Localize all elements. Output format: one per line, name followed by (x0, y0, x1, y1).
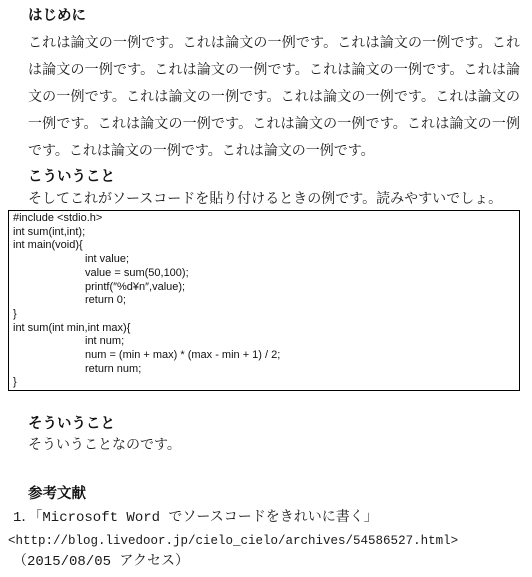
reference-access-date: （2015/08/05 アクセス） (13, 552, 189, 572)
section-heading-souiukoto: そういうこと (28, 414, 115, 434)
section-heading-kouiukoto: こういうこと (28, 167, 115, 187)
section-heading-references: 参考文献 (28, 484, 86, 504)
reference-item: 1．「Microsoft Word でソースコードをきれいに書く」 (13, 508, 378, 528)
code-text: #include <stdio.h> int sum(int,int); int… (9, 211, 519, 391)
code-block: #include <stdio.h> int sum(int,int); int… (8, 210, 520, 391)
section-heading-intro: はじめに (28, 6, 86, 26)
intro-paragraph: これは論文の一例です。これは論文の一例です。これは論文の一例です。これは論文の一… (28, 30, 520, 165)
conclusion-paragraph: そういうことなのです。 (28, 436, 181, 456)
code-intro-paragraph: そしてこれがソースコードを貼り付けるときの例です。読みやすいでしょ。 (28, 190, 502, 210)
reference-url: <http://blog.livedoor.jp/cielo_cielo/arc… (8, 531, 458, 551)
document-page: はじめに これは論文の一例です。これは論文の一例です。これは論文の一例です。これ… (0, 0, 532, 577)
